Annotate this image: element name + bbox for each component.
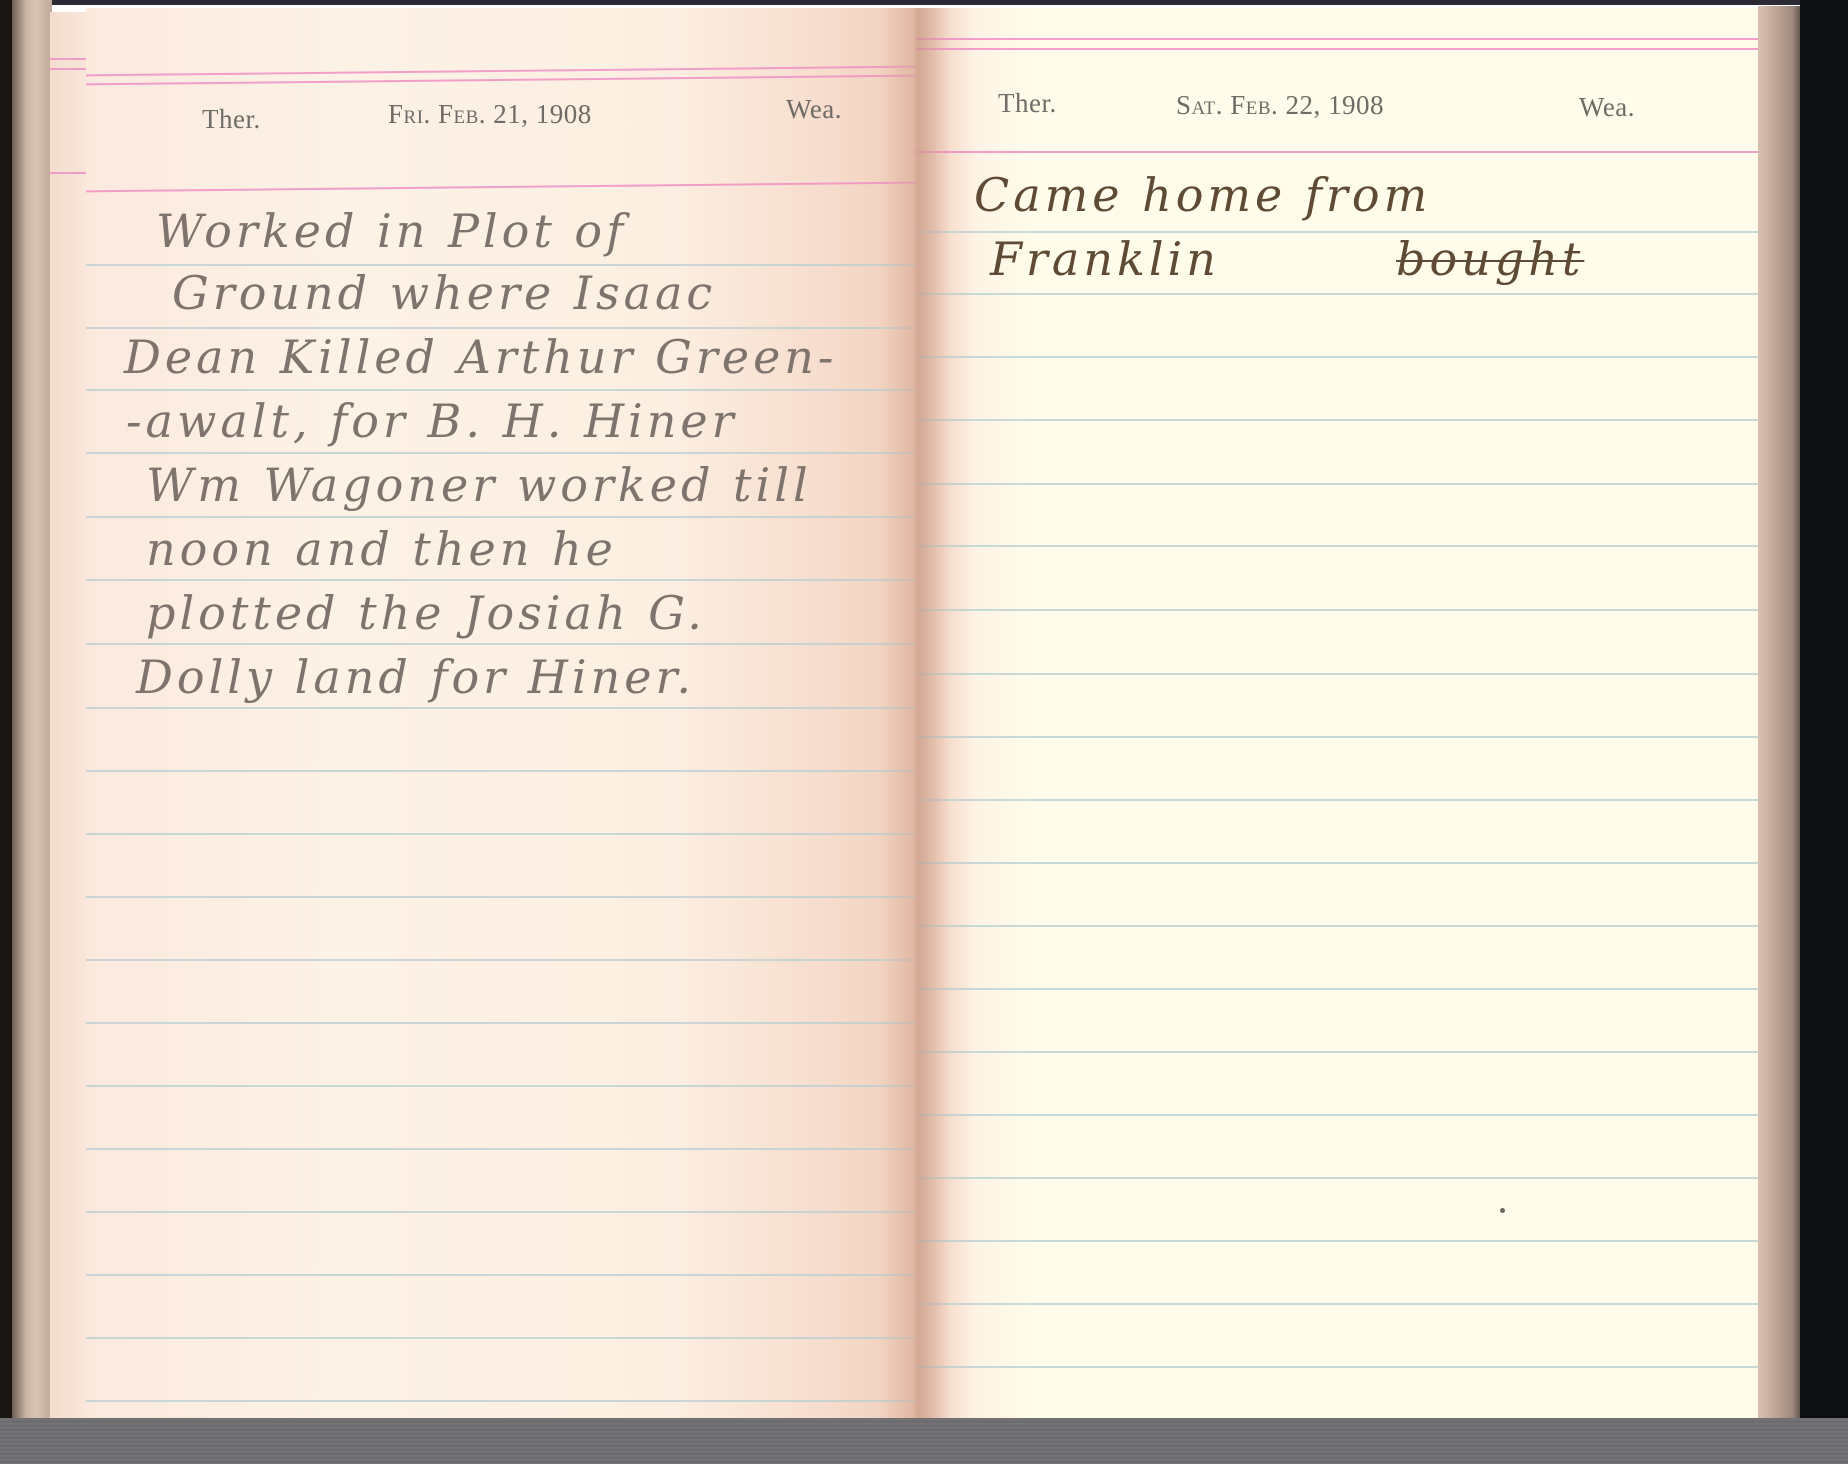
scan-top-edge [0,0,1848,5]
header-double-rule-bottom [916,48,1761,50]
header-double-rule-top [86,66,916,77]
scan-bottom-edge [0,1418,1848,1464]
entry-line: Came home from [974,168,1431,222]
date-heading: Fri. Feb. 21, 1908 [388,99,592,130]
entry-line: Wm Wagoner worked till [146,458,812,512]
thermometer-label: Ther. [202,104,261,135]
entry-line: plotted the Josiah G. [146,586,706,640]
header-rule-lower [86,182,916,193]
entry-line: Dean Killed Arthur Green- [124,330,837,384]
weather-label: Wea. [1579,92,1635,123]
thermometer-label: Ther. [998,88,1057,119]
entry-line: Dolly land for Hiner. [136,650,695,704]
book-cover-right-edge [1758,6,1804,1420]
header-rule-lower [916,151,1761,153]
header-double-rule-bottom [86,75,916,86]
entry-line: -awalt, for B. H. Hiner [126,394,738,448]
entry-line: noon and then he [146,522,617,576]
struck-through-word: bought [1396,232,1584,286]
entry-line: Worked in Plot of [156,204,627,258]
weather-label: Wea. [786,94,842,125]
entry-line: Franklin [990,232,1220,286]
ink-speck [1500,1208,1505,1213]
scan-right-background [1800,0,1848,1464]
entry-line: Ground where Isaac [172,266,716,320]
book-cover-left-edge [12,0,52,1428]
diary-page-right: Ther. Sat. Feb. 22, 1908 Wea. Came home … [916,8,1761,1420]
diary-page-left: Ther. Fri. Feb. 21, 1908 Wea. Worked in … [86,8,916,1420]
header-double-rule-top [916,38,1761,40]
underlying-page-edges [50,12,91,1426]
book-gutter [880,8,950,1420]
date-heading: Sat. Feb. 22, 1908 [1176,90,1384,121]
